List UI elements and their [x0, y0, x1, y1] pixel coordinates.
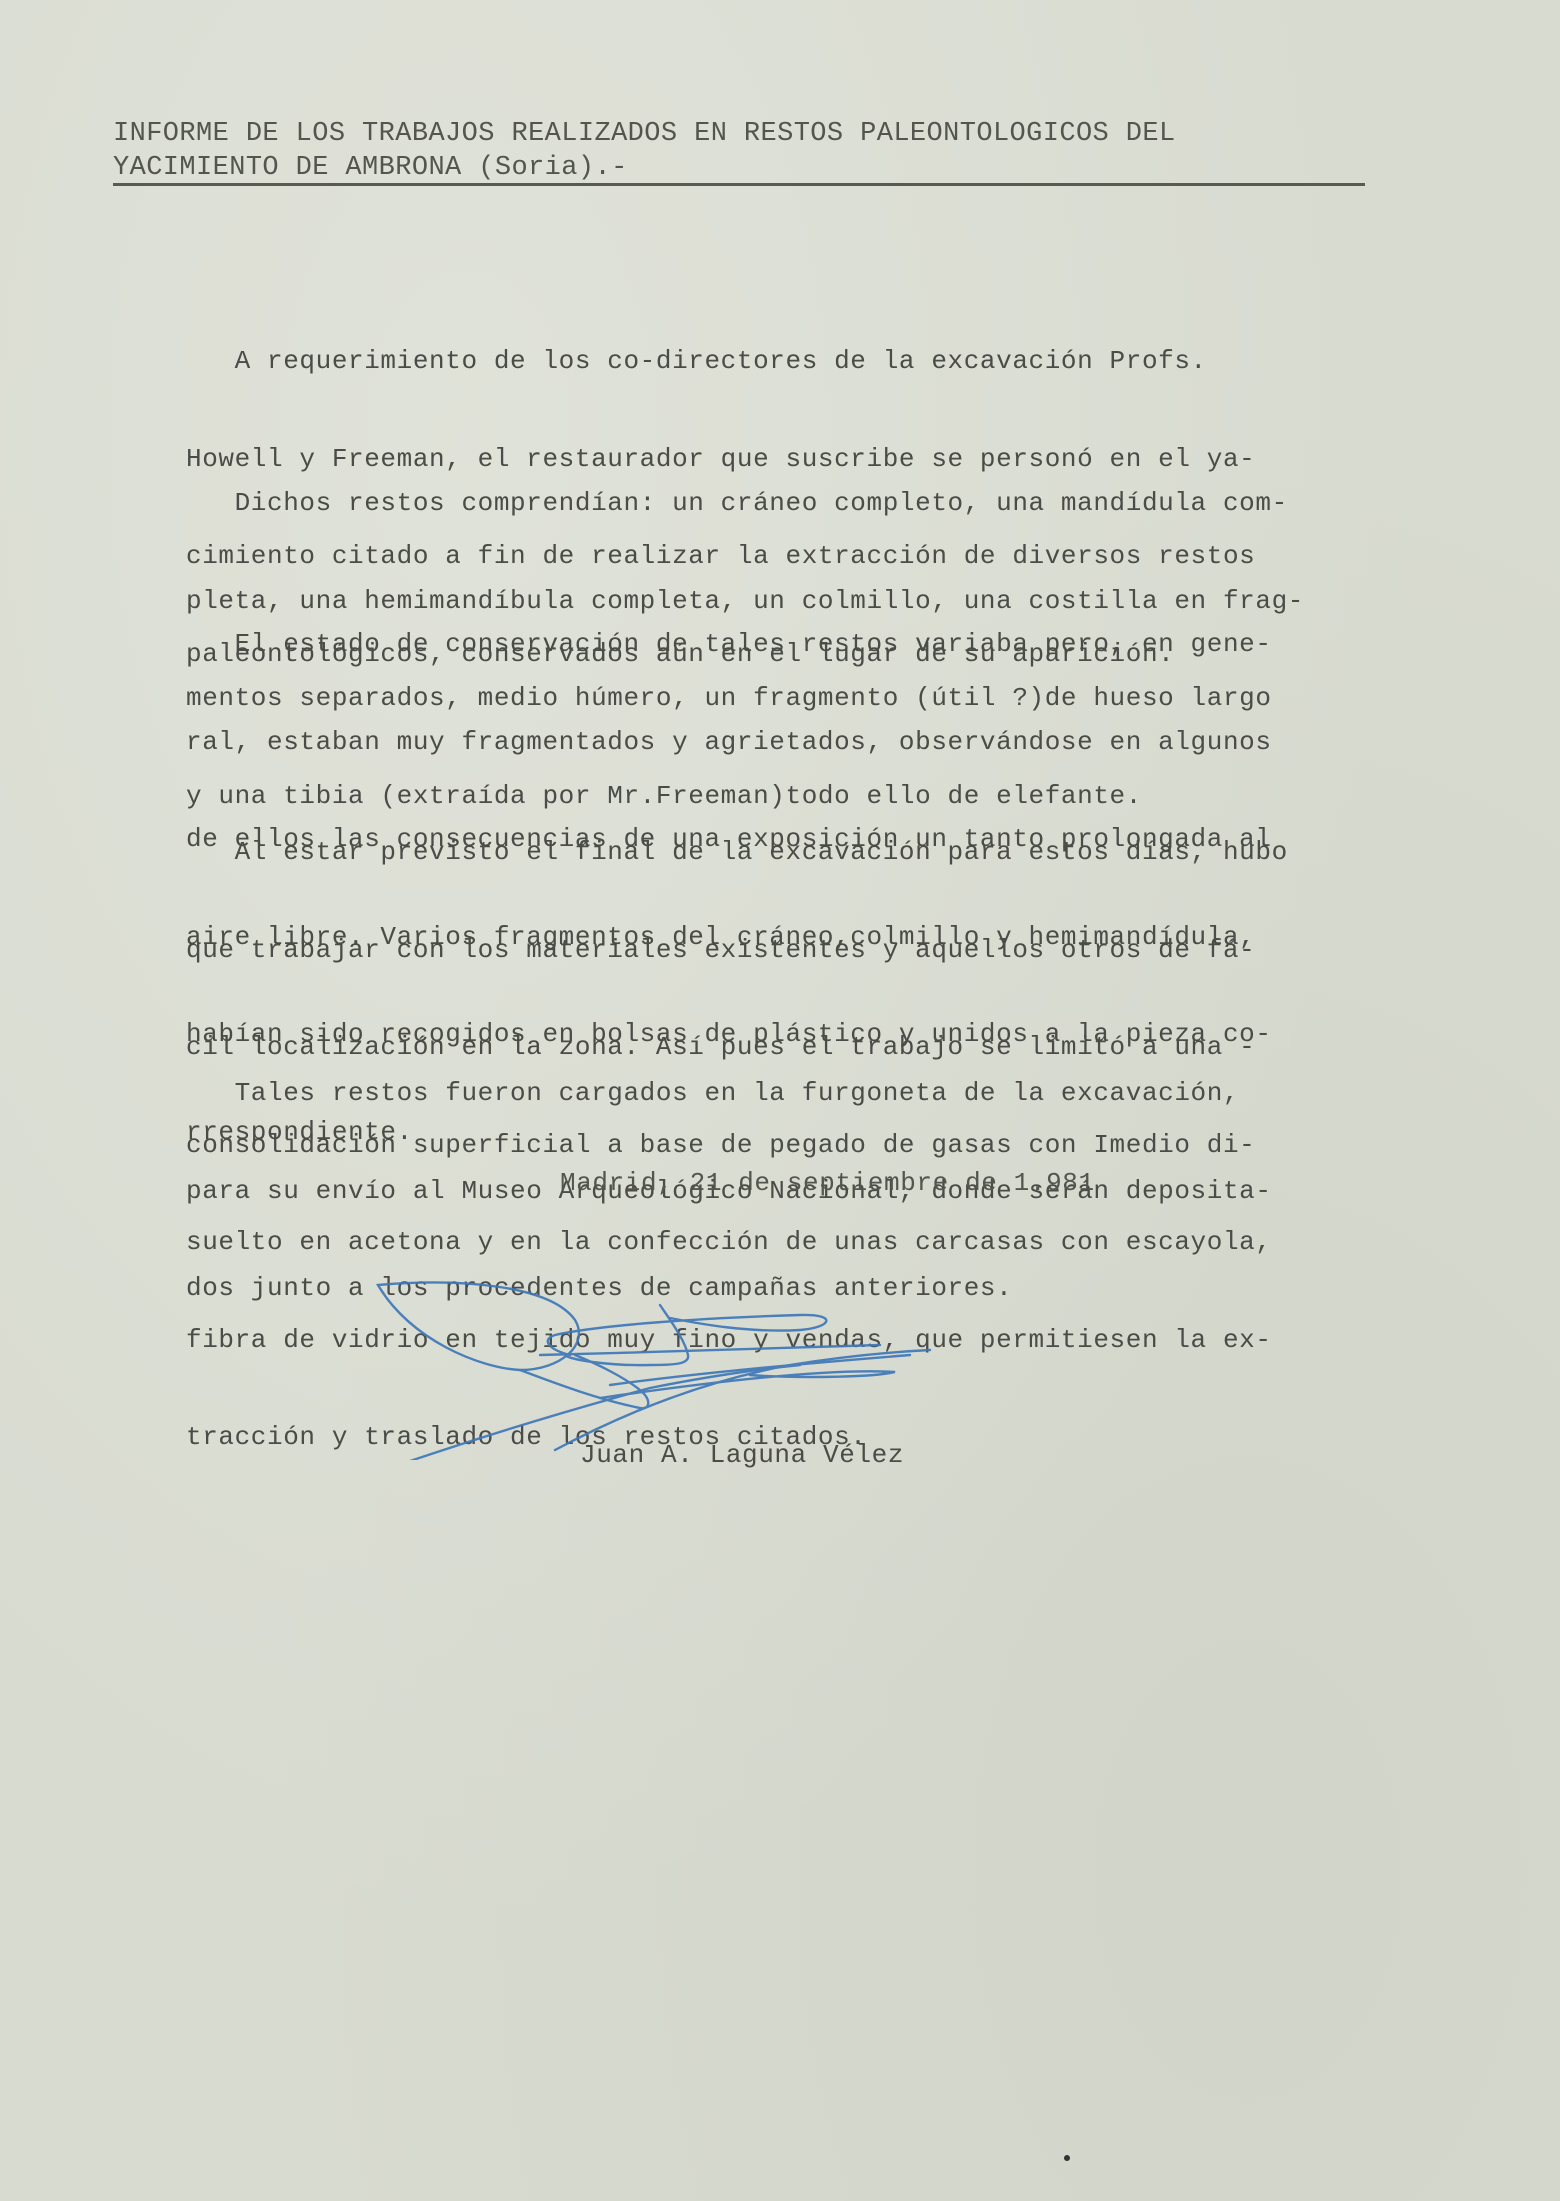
signer-name: Juan A. Laguna Vélez: [580, 1440, 904, 1470]
text-line: A requerimiento de los co-directores de …: [186, 345, 1526, 378]
text-line: El estado de conservación de tales resto…: [186, 628, 1526, 661]
text-line: que trabajar con los materiales existent…: [186, 934, 1526, 967]
text-line: Al estar previsto el final de la excavac…: [186, 836, 1526, 869]
handwritten-signature: [370, 1260, 1320, 1460]
title-underline: [113, 183, 1365, 186]
title-line-1: INFORME DE LOS TRABAJOS REALIZADOS EN RE…: [113, 117, 1176, 151]
text-line: Tales restos fueron cargados en la furgo…: [186, 1077, 1526, 1110]
title-line-2: YACIMIENTO DE AMBRONA (Soria).-: [113, 151, 1176, 185]
document-title: INFORME DE LOS TRABAJOS REALIZADOS EN RE…: [113, 117, 1176, 185]
text-line: Dichos restos comprendían: un cráneo com…: [186, 487, 1526, 520]
ink-speck: [1064, 2155, 1070, 2161]
text-line: ral, estaban muy fragmentados y agrietad…: [186, 726, 1526, 759]
dateline: Madrid, 21 de septiembre de 1.981: [560, 1168, 1095, 1198]
